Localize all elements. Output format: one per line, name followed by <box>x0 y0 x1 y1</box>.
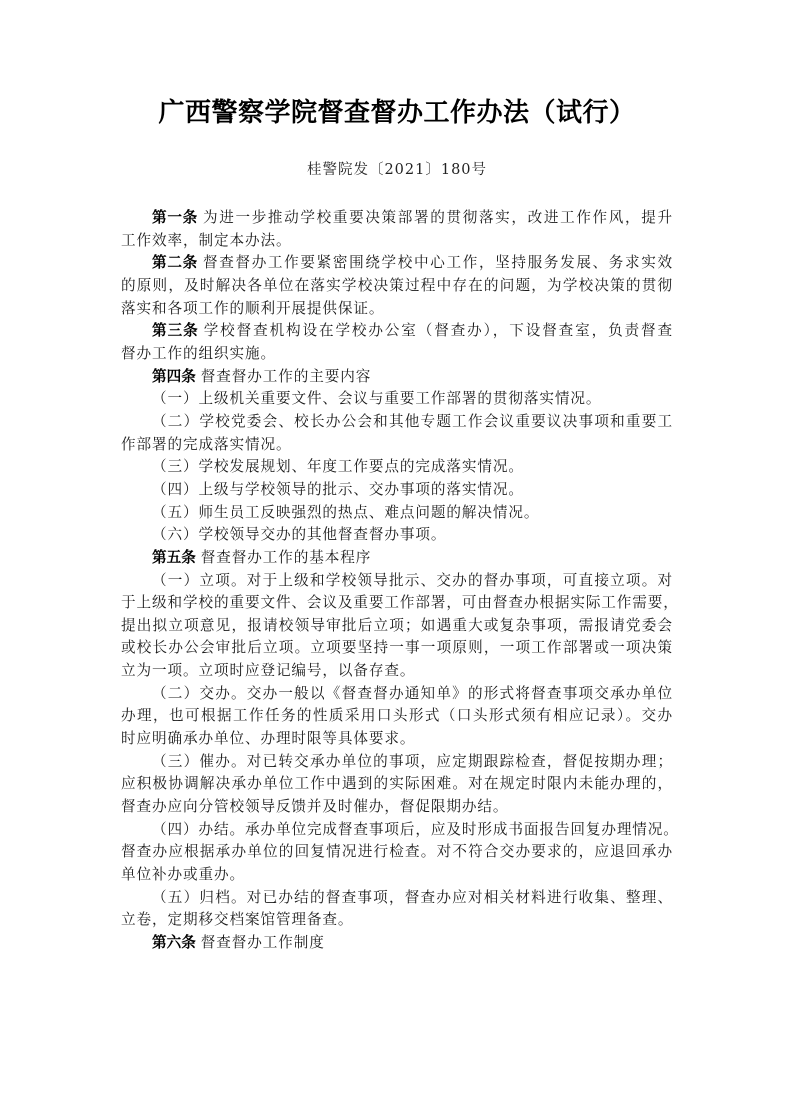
text-line: （二）学校党委会、校长办公会和其他专题工作会议重要议决事项和重要工 <box>121 411 673 434</box>
line-text: （五）师生员工反映强烈的热点、难点问题的解决情况。 <box>152 504 539 521</box>
line-text: （二）交办。交办一般以《督查督办通知单》的形式将督查事项交承办单位 <box>152 685 673 702</box>
text-line: （五）师生员工反映强烈的热点、难点问题的解决情况。 <box>121 502 673 525</box>
text-line: （三）催办。对已转交承办单位的事项，应定期跟踪检查，督促按期办理； <box>121 751 673 774</box>
text-line: （五）归档。对已办结的督查事项，督查办应对相关材料进行收集、整理、 <box>121 887 673 910</box>
line-text: 作部署的完成落实情况。 <box>121 436 291 453</box>
text-line: 督查办应向分管校领导反馈并及时催办，督促限期办结。 <box>121 796 673 819</box>
text-line: 的原则，及时解决各单位在落实学校决策过程中存在的问题，为学校决策的贯彻 <box>121 275 673 298</box>
text-line: 时应明确承办单位、办理时限等具体要求。 <box>121 728 673 751</box>
line-text: 办理，也可根据工作任务的性质采用口头形式（口头形式须有相应记录）。交办 <box>121 707 673 724</box>
line-text: 或校长办公会审批后立项。立项要坚持一事一项原则，一项工作部署或一项决策 <box>121 639 673 656</box>
article-heading: 第一条 <box>152 209 198 226</box>
article-heading: 第三条 <box>152 322 199 339</box>
line-text: 工作效率，制定本办法。 <box>121 232 291 249</box>
line-text: 立卷，定期移交档案馆管理备查。 <box>121 911 353 928</box>
line-text: 落实和各项工作的顺利开展提供保证。 <box>121 300 384 317</box>
text-line: 立为一项。立项时应登记编号，以备存查。 <box>121 660 673 683</box>
line-text: 应积极协调解决承办单位工作中遇到的实际困难。对在规定时限内未能办理的， <box>121 775 673 792</box>
text-line: （一）上级机关重要文件、会议与重要工作部署的贯彻落实情况。 <box>121 388 673 411</box>
line-text: 督查督办工作要紧密围绕学校中心工作，坚持服务发展、务求实效 <box>203 254 673 271</box>
line-text: 督查督办工作的主要内容 <box>201 368 371 385</box>
line-text: （三）催办。对已转交承办单位的事项，应定期跟踪检查，督促按期办理； <box>152 753 673 770</box>
text-line: 单位补办或重办。 <box>121 864 673 887</box>
text-line: 第四条督查督办工作的主要内容 <box>121 366 673 389</box>
article-heading: 第五条 <box>152 549 196 566</box>
text-line: 第二条督查督办工作要紧密围绕学校中心工作，坚持服务发展、务求实效 <box>121 252 673 275</box>
text-line: 作部署的完成落实情况。 <box>121 434 673 457</box>
text-line: 于上级和学校的重要文件、会议及重要工作部署，可由督查办根据实际工作需要， <box>121 592 673 615</box>
text-line: 办理，也可根据工作任务的性质采用口头形式（口头形式须有相应记录）。交办 <box>121 705 673 728</box>
article-heading: 第二条 <box>152 254 198 271</box>
line-text: （四）办结。承办单位完成督查事项后，应及时形成书面报告回复办理情况。 <box>152 821 679 838</box>
text-line: 第六条督查督办工作制度 <box>121 932 673 955</box>
text-line: 督查办应根据承办单位的回复情况进行检查。对不符合交办要求的，应退回承办 <box>121 841 673 864</box>
text-line: （三）学校发展规划、年度工作要点的完成落实情况。 <box>121 456 673 479</box>
line-text: （三）学校发展规划、年度工作要点的完成落实情况。 <box>152 458 524 475</box>
line-text: 督查办应向分管校领导反馈并及时催办，督促限期办结。 <box>121 798 508 815</box>
line-text: 督查督办工作制度 <box>201 934 325 951</box>
text-line: 提出拟立项意见，报请校领导审批后立项；如遇重大或复杂事项，需报请党委会 <box>121 615 673 638</box>
line-text: （五）归档。对已办结的督查事项，督查办应对相关材料进行收集、整理、 <box>152 889 673 906</box>
line-text: （四）上级与学校领导的批示、交办事项的落实情况。 <box>152 481 524 498</box>
line-text: （二）学校党委会、校长办公会和其他专题工作会议重要议决事项和重要工 <box>152 413 673 430</box>
line-text: 学校督查机构设在学校办公室（督查办），下设督查室，负责督查 <box>204 322 673 339</box>
line-text: 督查督办工作的基本程序 <box>201 549 371 566</box>
text-line: 第五条督查督办工作的基本程序 <box>121 547 673 570</box>
line-text: 单位补办或重办。 <box>121 866 245 883</box>
text-line: 工作效率，制定本办法。 <box>121 230 673 253</box>
line-text: 督办工作的组织实施。 <box>121 345 276 362</box>
line-text: 的原则，及时解决各单位在落实学校决策过程中存在的问题，为学校决策的贯彻 <box>121 277 673 294</box>
text-line: 第三条学校督查机构设在学校办公室（督查办），下设督查室，负责督查 <box>121 320 673 343</box>
text-line: （四）办结。承办单位完成督查事项后，应及时形成书面报告回复办理情况。 <box>121 819 673 842</box>
line-text: 为进一步推动学校重要决策部署的贯彻落实，改进工作作风，提升 <box>203 209 673 226</box>
line-text: （一）立项。对于上级和学校领导批示、交办的督办事项，可直接立项。对 <box>152 572 673 589</box>
line-text: 提出拟立项意见，报请校领导审批后立项；如遇重大或复杂事项，需报请党委会 <box>121 617 673 634</box>
text-line: 立卷，定期移交档案馆管理备查。 <box>121 909 673 932</box>
document-title: 广西警察学院督查督办工作办法（试行） <box>0 92 794 129</box>
line-text: 立为一项。立项时应登记编号，以备存查。 <box>121 662 415 679</box>
text-line: 落实和各项工作的顺利开展提供保证。 <box>121 298 673 321</box>
text-line: （四）上级与学校领导的批示、交办事项的落实情况。 <box>121 479 673 502</box>
line-text: （一）上级机关重要文件、会议与重要工作部署的贯彻落实情况。 <box>152 390 601 407</box>
document-body: 第一条为进一步推动学校重要决策部署的贯彻落实，改进工作作风，提升工作效率，制定本… <box>121 207 673 955</box>
text-line: （一）立项。对于上级和学校领导批示、交办的督办事项，可直接立项。对 <box>121 570 673 593</box>
text-line: 或校长办公会审批后立项。立项要坚持一事一项原则，一项工作部署或一项决策 <box>121 637 673 660</box>
document-number: 桂警院发〔2021〕180号 <box>0 158 794 179</box>
article-heading: 第六条 <box>152 934 196 951</box>
text-line: （二）交办。交办一般以《督查督办通知单》的形式将督查事项交承办单位 <box>121 683 673 706</box>
text-line: （六）学校领导交办的其他督查督办事项。 <box>121 524 673 547</box>
text-line: 应积极协调解决承办单位工作中遇到的实际困难。对在规定时限内未能办理的， <box>121 773 673 796</box>
line-text: 督查办应根据承办单位的回复情况进行检查。对不符合交办要求的，应退回承办 <box>121 843 673 860</box>
line-text: （六）学校领导交办的其他督查督办事项。 <box>152 526 446 543</box>
text-line: 第一条为进一步推动学校重要决策部署的贯彻落实，改进工作作风，提升 <box>121 207 673 230</box>
line-text: 于上级和学校的重要文件、会议及重要工作部署，可由督查办根据实际工作需要， <box>121 594 679 611</box>
document-page: 广西警察学院督查督办工作办法（试行） 桂警院发〔2021〕180号 第一条为进一… <box>0 0 794 1108</box>
article-heading: 第四条 <box>152 368 196 385</box>
line-text: 时应明确承办单位、办理时限等具体要求。 <box>121 730 415 747</box>
text-line: 督办工作的组织实施。 <box>121 343 673 366</box>
